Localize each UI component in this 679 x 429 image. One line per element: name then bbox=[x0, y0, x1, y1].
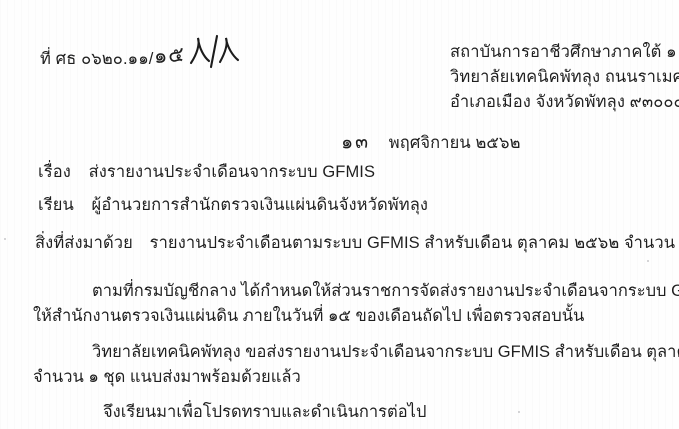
attachment-value: รายงานประจำเดือนตามระบบ GFMIS สำหรับเดือ… bbox=[150, 234, 679, 252]
closing-line: จึงเรียนมาเพื่อโปรดทราบและดำเนินการต่อไป bbox=[103, 399, 426, 425]
subject-value: ส่งรายงานประจำเดือนจากระบบ GFMIS bbox=[89, 163, 376, 181]
recipient-value: ผู้อำนวยการสำนักตรวจเงินแผ่นดินจังหวัดพั… bbox=[92, 196, 429, 214]
attachment-line: สิ่งที่ส่งมาด้วย รายงานประจำเดือนตามระบบ… bbox=[35, 230, 679, 256]
date-month-year: พฤศจิกายน ๒๕๖๒ bbox=[389, 130, 521, 156]
reference-number-line: ที่ ศธ ๐๖๒๐.๑๑/๑๕ ๗๗ bbox=[40, 28, 240, 74]
scan-noise-speck bbox=[518, 411, 520, 413]
handwritten-flourish-icon: ๗๗ bbox=[188, 34, 240, 75]
paragraph-1-line-1: ตามที่กรมบัญชีกลาง ได้กำหนดให้ส่วนราชการ… bbox=[92, 278, 679, 304]
sender-college-street: วิทยาลัยเทคนิคพัทลุง ถนนราเมศวร์ bbox=[450, 65, 679, 90]
reference-number-label: ที่ ศธ ๐๖๒๐.๑๑/ bbox=[40, 50, 154, 68]
subject-line: เรื่อง ส่งรายงานประจำเดือนจากระบบ GFMIS bbox=[38, 159, 375, 185]
attachment-label: สิ่งที่ส่งมาด้วย bbox=[35, 230, 133, 256]
sender-district-province-postcode: อำเภอเมือง จังหวัดพัทลุง ๙๓๐๐๐ bbox=[450, 90, 679, 115]
subject-label: เรื่อง bbox=[38, 159, 71, 185]
scanned-letter-page: ที่ ศธ ๐๖๒๐.๑๑/๑๕ ๗๗ สถาบันการอาชีวศึกษา… bbox=[0, 0, 679, 429]
scan-noise-speck bbox=[4, 238, 6, 240]
recipient-line: เรียน ผู้อำนวยการสำนักตรวจเงินแผ่นดินจัง… bbox=[38, 192, 428, 218]
scan-noise-speck bbox=[647, 260, 649, 262]
recipient-label: เรียน bbox=[38, 192, 74, 218]
paragraph-1-line-2: ให้สำนักงานตรวจเงินแผ่นดิน ภายในวันที่ ๑… bbox=[33, 303, 584, 329]
sender-institute: สถาบันการอาชีวศึกษาภาคใต้ ๑ bbox=[450, 40, 679, 65]
paragraph-2-line-2: จำนวน ๑ ชุด แนบส่งมาพร้อมด้วยแล้ว bbox=[33, 364, 301, 390]
date-day-handwritten: ๑๓ bbox=[340, 127, 370, 158]
date-line: ๑๓ พฤศจิกายน ๒๕๖๒ bbox=[341, 127, 521, 157]
sender-address-block: สถาบันการอาชีวศึกษาภาคใต้ ๑ วิทยาลัยเทคน… bbox=[450, 40, 679, 115]
paragraph-2-line-1: วิทยาลัยเทคนิคพัทลุง ขอส่งรายงานประจำเดื… bbox=[92, 339, 679, 365]
reference-number-handwritten: ๑๕ bbox=[152, 38, 185, 73]
